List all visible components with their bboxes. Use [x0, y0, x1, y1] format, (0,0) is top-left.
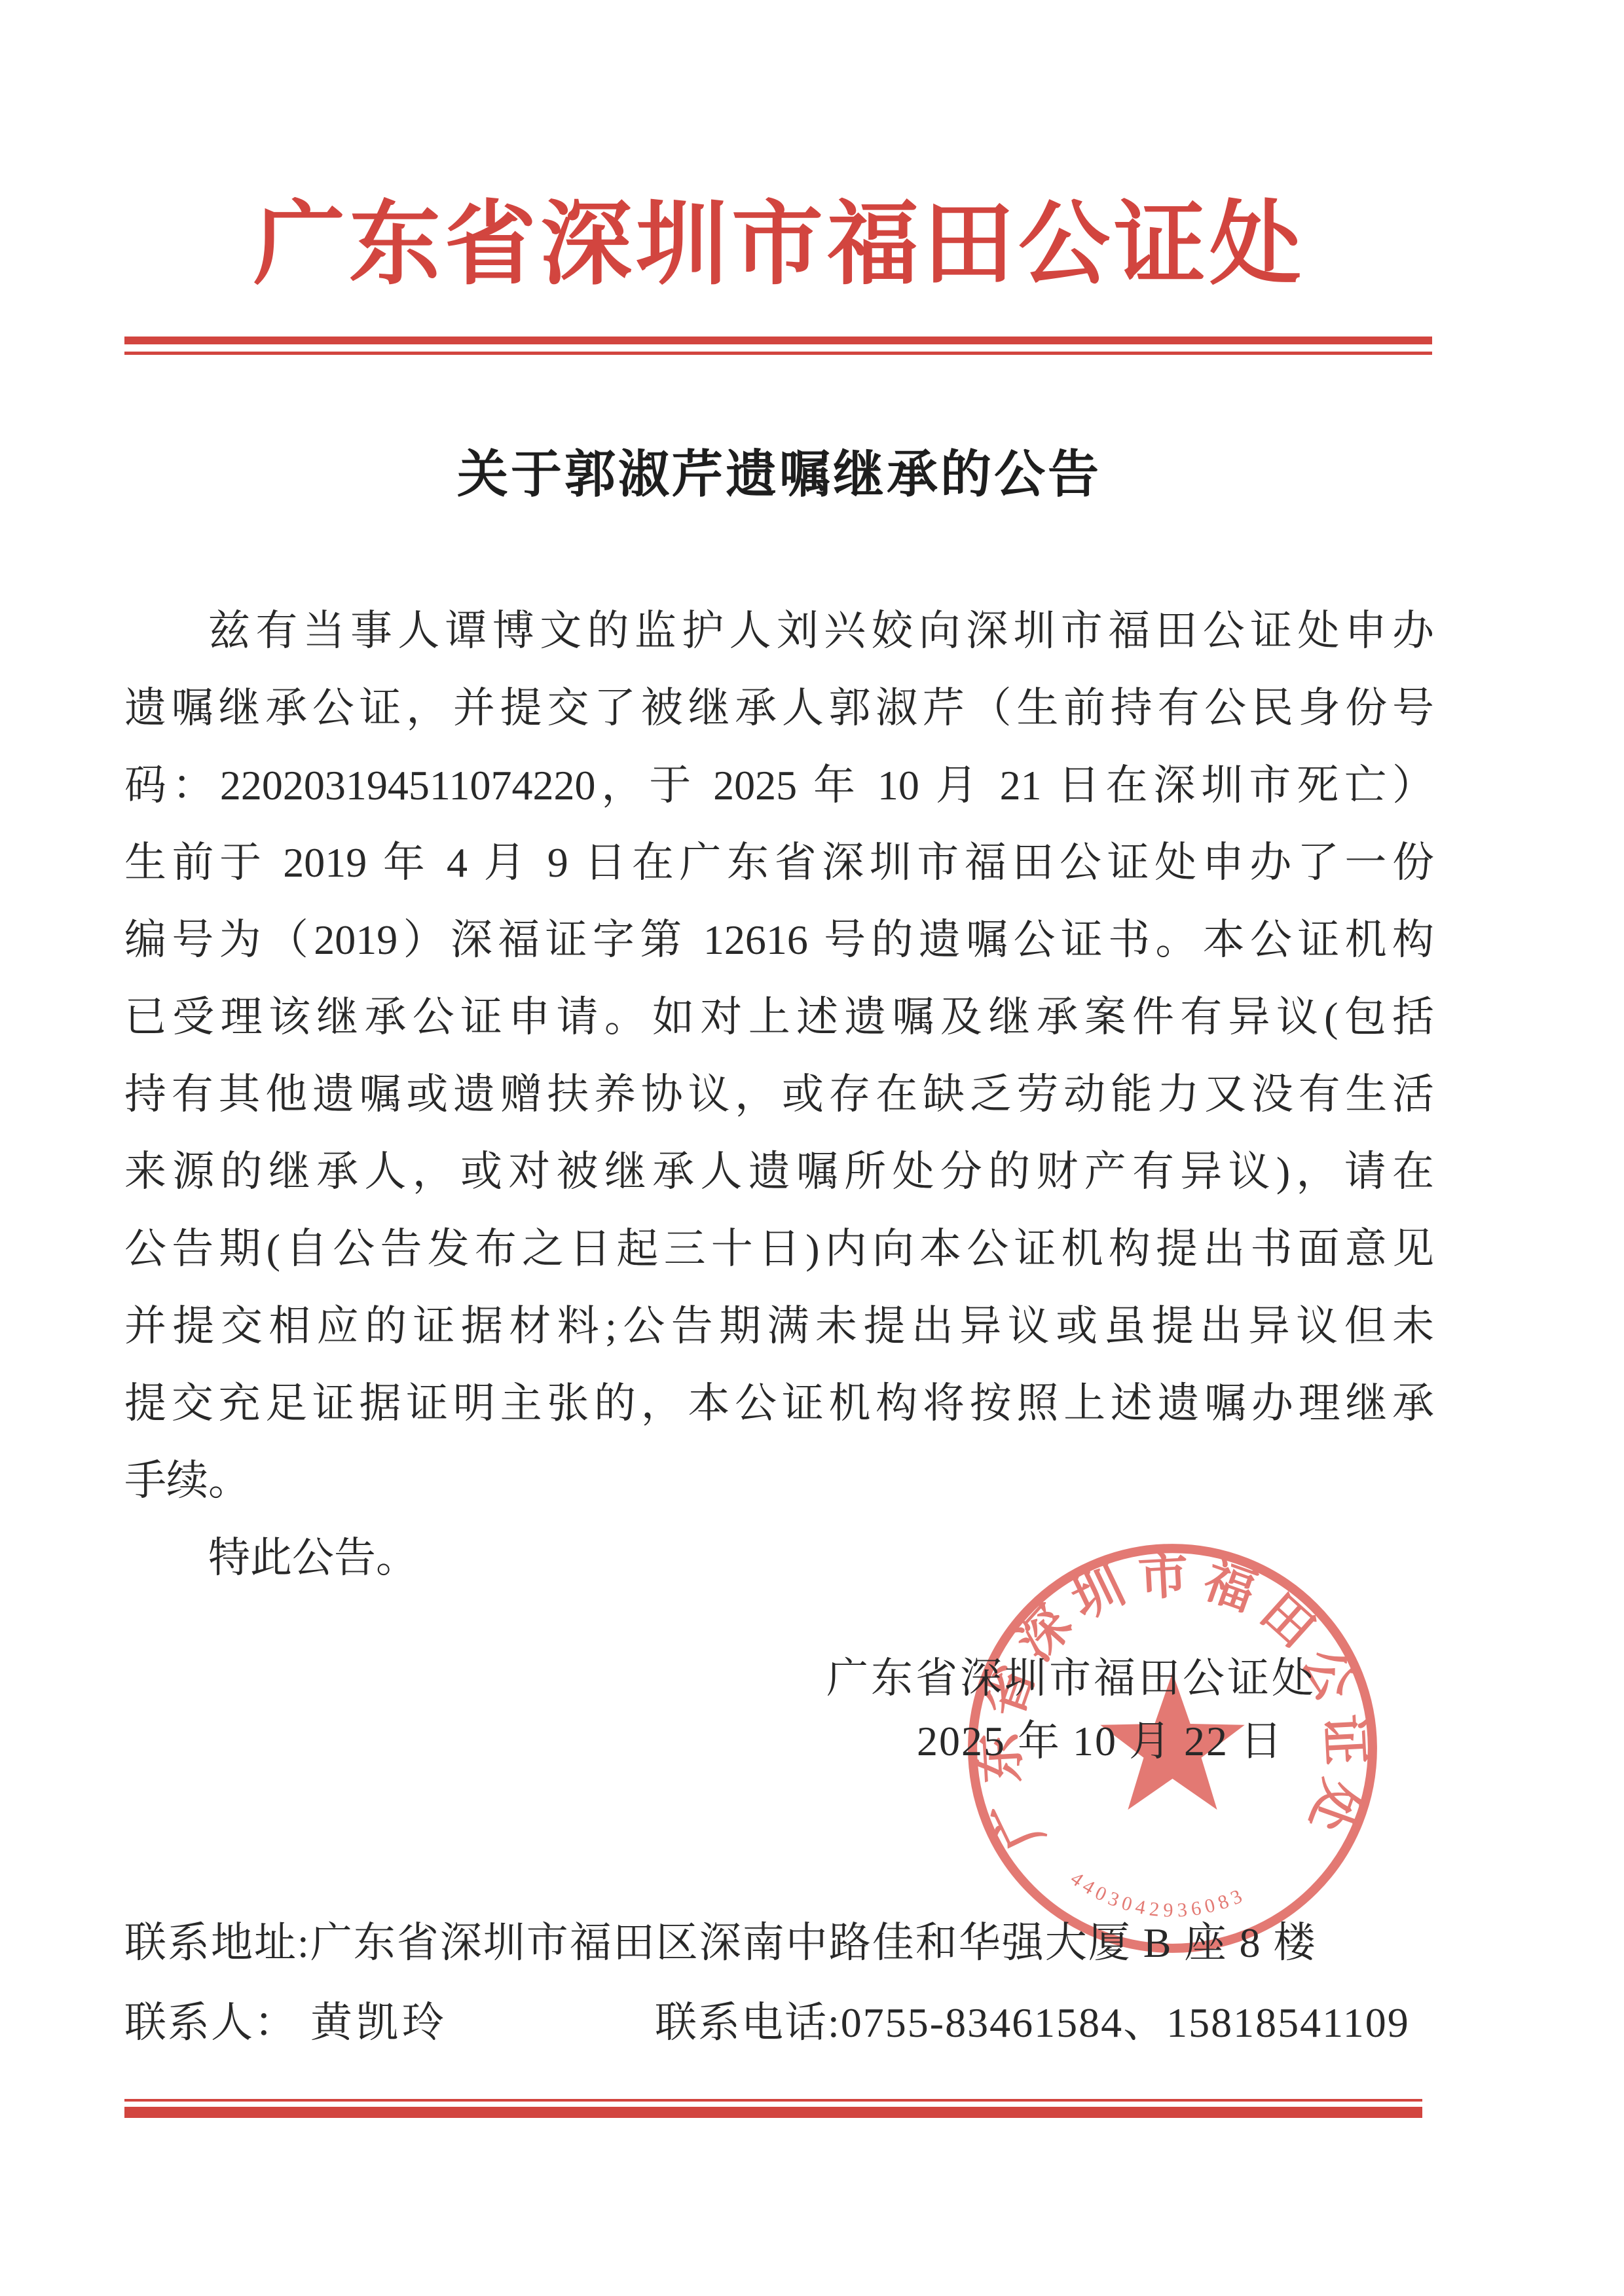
contact-phone: 联系电话:0755-83461584、15818541109 [655, 1989, 1410, 2049]
body-line: 手续。 [124, 1442, 1434, 1520]
contact-person-name: 黄凯玲 [310, 1999, 448, 2046]
body-line: 编号为（2019）深福证字第 12616 号的遗嘱公证书。本公证机构 [124, 902, 1434, 979]
notary-announcement-page: 广东省深圳市福田公证处 关于郭淑芹遗嘱继承的公告 兹有当事人谭博文的监护人刘兴姣… [0, 0, 1624, 2296]
body-line: 并提交相应的证据材料;公告期满未提出异议或虽提出异议但未 [124, 1288, 1434, 1365]
bottom-rule-thin [124, 2099, 1422, 2102]
top-rule-thin [124, 352, 1432, 355]
body-line: 已受理该继承公证申请。如对上述遗嘱及继承案件有异议(包括 [124, 979, 1434, 1056]
contact-row: 联系人：黄凯玲 联系电话:0755-83461584、15818541109 [124, 1989, 1434, 2049]
issuer-signature: 广东省深圳市福田公证处 [826, 1645, 1316, 1705]
bottom-rule-thick [124, 2107, 1422, 2118]
announcement-title: 关于郭淑芹遗嘱继承的公告 [124, 433, 1434, 507]
body-line: 码：220203194511074220，于 2025 年 10 月 21 日在… [124, 747, 1434, 824]
body-line: 兹有当事人谭博文的监护人刘兴姣向深圳市福田公证处申办 [124, 592, 1434, 670]
issue-date: 2025 年 10 月 22 日 [917, 1707, 1283, 1768]
body-line: 来源的继承人，或对被继承人遗嘱所处分的财产有异议)，请在 [124, 1133, 1434, 1211]
contact-address: 联系地址:广东省深圳市福田区深南中路佳和华强大厦 B 座 8 楼 [124, 1909, 1316, 1969]
contact-person-label: 联系人： [124, 1999, 297, 2046]
letterhead-title: 广东省深圳市福田公证处 [124, 195, 1434, 296]
body-line: 遗嘱继承公证，并提交了被继承人郭淑芹（生前持有公民身份号 [124, 670, 1434, 747]
body-line: 公告期(自公告发布之日起三十日)内向本公证机构提出书面意见 [124, 1211, 1434, 1288]
body-line: 生前于 2019 年 4 月 9 日在广东省深圳市福田公证处申办了一份 [124, 824, 1434, 902]
top-rule-thick [124, 337, 1432, 344]
body-line: 持有其他遗嘱或遗赠扶养协议，或存在缺乏劳动能力又没有生活 [124, 1056, 1434, 1133]
announcement-body: 兹有当事人谭博文的监护人刘兴姣向深圳市福田公证处申办 遗嘱继承公证，并提交了被继… [124, 592, 1434, 1597]
body-line: 提交充足证据证明主张的，本公证机构将按照上述遗嘱办理继承 [124, 1365, 1434, 1442]
